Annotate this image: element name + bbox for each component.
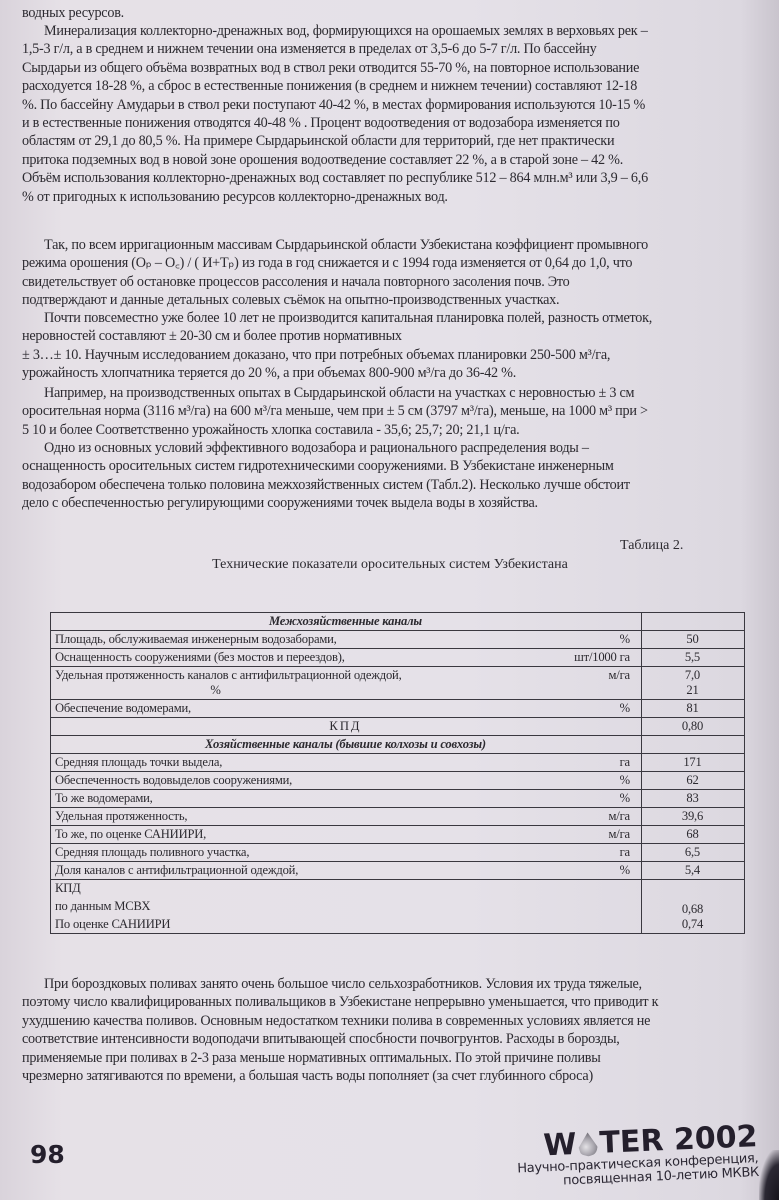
name-cell: Средняя площадь точки выдела,га [51, 754, 642, 772]
text-line: расходуется 18-28 %, а сброс в естествен… [22, 77, 767, 95]
value-cell: 62 [641, 772, 744, 790]
text-line: чрезмерно затягиваются по времени, а бол… [22, 1067, 767, 1085]
text-line: водозабором обеспечена только половина м… [22, 476, 767, 494]
name-wrap: То же, по оценке САНИИРИ,м/га [55, 827, 636, 842]
name-wrap: Оснащенность сооружениями (без мостов и … [55, 650, 636, 665]
section-heading: Межхозяйственные каналы [51, 613, 642, 631]
paragraph: Минерализация коллекторно-дренажных вод,… [22, 22, 767, 206]
water-drop-icon [578, 1132, 598, 1157]
row-label: Доля каналов с антифильтрационной одеждо… [55, 863, 298, 878]
page-number: 98 [30, 1140, 65, 1169]
name-cell: Удельная протяженность каналов с антифил… [51, 667, 642, 700]
text-line: Сырдарьи из общего объёма возвратных вод… [22, 59, 767, 77]
row-sublabel: по данным МСВХ [55, 899, 636, 914]
text-line: Одно из основных условий эффективного во… [22, 439, 767, 457]
value-cell: 5,4 [641, 862, 744, 880]
text-line: Минерализация коллекторно-дренажных вод,… [22, 22, 767, 40]
section-heading: Хозяйственные каналы (бывшие колхозы и с… [51, 736, 642, 754]
value-cell: 81 [641, 700, 744, 718]
text-line: областям от 29,1 до 80,5 %. На примере С… [22, 132, 767, 150]
unit-label: шт/1000 га [574, 650, 636, 665]
name-wrap: Площадь, обслуживаемая инженерным водоза… [55, 632, 636, 647]
name-cell: Площадь, обслуживаемая инженерным водоза… [51, 631, 642, 649]
table-row: Средняя площадь точки выдела,га171 [51, 754, 745, 772]
table-row: То же водомерами,%83 [51, 790, 745, 808]
text-line: и в естественные понижения отводятся 40-… [22, 114, 767, 132]
paragraph: Почти повсеместно уже более 10 лет не пр… [22, 309, 767, 383]
text-line: Объём использования коллекторно-дренажны… [22, 169, 767, 187]
value: 0,68 [646, 902, 739, 917]
paragraph: Так, по всем ирригационным массивам Сырд… [22, 236, 767, 310]
table-title: Технические показатели оросительных сист… [0, 557, 760, 573]
value-cell: 7,021 [641, 667, 744, 700]
row-label: Удельная протяженность, [55, 809, 187, 824]
name-wrap: Средняя площадь точки выдела,га [55, 755, 636, 770]
text-line: неровностей составляют ± 20-30 см и боле… [22, 327, 767, 345]
text-line: 5 10 и более Соответственно урожайность … [22, 421, 767, 439]
table-row: Площадь, обслуживаемая инженерным водоза… [51, 631, 745, 649]
name-cell: КПДпо данным МСВХПо оценке САНИИРИ [51, 880, 642, 934]
paragraph: водных ресурсов. [22, 4, 767, 22]
text-line: ± 3…± 10. Научным исследованием доказано… [22, 346, 767, 364]
row-label: То же водомерами, [55, 791, 153, 806]
name-cell: Обеспеченность водовыделов сооружениями,… [51, 772, 642, 790]
table-row: Обеспечение водомерами,%81 [51, 700, 745, 718]
name-wrap: Обеспеченность водовыделов сооружениями,… [55, 773, 636, 788]
value: 7,0 [646, 668, 739, 683]
unit-label: % [620, 791, 636, 806]
text-line: оросительная норма (3116 м³/га) на 600 м… [22, 402, 767, 420]
value-cell: 5,5 [641, 649, 744, 667]
name-wrap: Удельная протяженность каналов с антифил… [55, 668, 636, 683]
name-wrap: То же водомерами,% [55, 791, 636, 806]
name-cell: Доля каналов с антифильтрационной одеждо… [51, 862, 642, 880]
row-label: КПД [51, 718, 642, 736]
value-cell: 0,80 [641, 718, 744, 736]
text-line: ухудшению качества поливов. Основным нед… [22, 1012, 767, 1030]
table-row: Удельная протяженность каналов с антифил… [51, 667, 745, 700]
row-label: Средняя площадь поливного участка, [55, 845, 249, 860]
name-cell: Оснащенность сооружениями (без мостов и … [51, 649, 642, 667]
unit-label: м/га [609, 809, 636, 824]
table-row: Удельная протяженность,м/га39,6 [51, 808, 745, 826]
book-page: водных ресурсов. Минерализация коллектор… [0, 0, 779, 1200]
text-line: подтверждают и данные детальных солевых … [22, 291, 767, 309]
value-cell [641, 613, 744, 631]
unit-label: % [620, 863, 636, 878]
page-edge-shadow [759, 1150, 779, 1200]
value-cell: 50 [641, 631, 744, 649]
table-row: Оснащенность сооружениями (без мостов и … [51, 649, 745, 667]
unit-label: га [620, 755, 636, 770]
value-cell: 39,6 [641, 808, 744, 826]
logo-prefix: W [543, 1130, 577, 1161]
text-line: 1,5-3 г/л, а в среднем и нижнем течении … [22, 40, 767, 58]
text-line: притока подземных вод в новой зоне ороше… [22, 151, 767, 169]
row-label: Удельная протяженность каналов с антифил… [55, 668, 402, 683]
table-row: КПДпо данным МСВХПо оценке САНИИРИ0,680,… [51, 880, 745, 934]
value: 0,74 [646, 917, 739, 932]
paragraph: Например, на производственных опытах в С… [22, 384, 767, 439]
unit-label: м/га [609, 827, 636, 842]
name-cell: То же, по оценке САНИИРИ,м/га [51, 826, 642, 844]
value-cell [641, 736, 744, 754]
value-cell: 0,680,74 [641, 880, 744, 934]
table-row: Доля каналов с антифильтрационной одеждо… [51, 862, 745, 880]
name-cell: Удельная протяженность,м/га [51, 808, 642, 826]
name-cell: То же водомерами,% [51, 790, 642, 808]
name-wrap: Удельная протяженность,м/га [55, 809, 636, 824]
name-wrap: Доля каналов с антифильтрационной одеждо… [55, 863, 636, 878]
text-line: дело с обеспеченностью регулирующими соо… [22, 494, 767, 512]
paragraph: При бороздковых поливах занято очень бол… [22, 975, 767, 1085]
table-section-row: Хозяйственные каналы (бывшие колхозы и с… [51, 736, 745, 754]
text-line: оснащенность оросительных систем гидроте… [22, 457, 767, 475]
row-label: Обеспеченность водовыделов сооружениями, [55, 773, 292, 788]
row-sublabel: По оценке САНИИРИ [55, 917, 636, 932]
name-wrap: Обеспечение водомерами,% [55, 701, 636, 716]
unit-label: % [620, 773, 636, 788]
unit-label-secondary: % [55, 683, 636, 698]
text-line: %. По бассейну Амударьи в ствол реки пос… [22, 96, 767, 114]
technical-indicators-table: Межхозяйственные каналыПлощадь, обслужив… [50, 612, 745, 934]
text-line: режима орошения (Oₚ – O꜀) / ( И+Tₚ) из г… [22, 254, 767, 272]
name-cell: Обеспечение водомерами,% [51, 700, 642, 718]
text-line: применяемые при поливах в 2-3 раза меньш… [22, 1049, 767, 1067]
unit-label: м/га [609, 668, 636, 683]
unit-label: % [620, 701, 636, 716]
text-line: соответствие интенсивности водоподачи вп… [22, 1030, 767, 1048]
row-label: КПД [55, 881, 636, 896]
value-secondary: 21 [646, 683, 739, 698]
table-row: КПД0,80 [51, 718, 745, 736]
text-line: Так, по всем ирригационным массивам Сырд… [22, 236, 767, 254]
table-row: Средняя площадь поливного участка,га6,5 [51, 844, 745, 862]
row-label: Оснащенность сооружениями (без мостов и … [55, 650, 345, 665]
table-caption: Таблица 2. [620, 538, 683, 554]
text-line: урожайность хлопчатника теряется до 20 %… [22, 364, 767, 382]
text-line: свидетельствует об остановке процессов р… [22, 273, 767, 291]
row-label: Площадь, обслуживаемая инженерным водоза… [55, 632, 337, 647]
name-wrap: Средняя площадь поливного участка,га [55, 845, 636, 860]
table-row: Обеспеченность водовыделов сооружениями,… [51, 772, 745, 790]
table-row: То же, по оценке САНИИРИ,м/га68 [51, 826, 745, 844]
text-line: Почти повсеместно уже более 10 лет не пр… [22, 309, 767, 327]
text-line: % от пригодных к использованию ресурсов … [22, 188, 767, 206]
conference-logo: W TER 2002 Научно-практическая конференц… [515, 1122, 759, 1190]
value-cell: 68 [641, 826, 744, 844]
value-cell: 83 [641, 790, 744, 808]
text-line: поэтому число квалифицированных поливаль… [22, 993, 767, 1011]
unit-label: % [620, 632, 636, 647]
paragraph: Одно из основных условий эффективного во… [22, 439, 767, 513]
text-line: При бороздковых поливах занято очень бол… [22, 975, 767, 993]
row-label: Средняя площадь точки выдела, [55, 755, 222, 770]
table-section-row: Межхозяйственные каналы [51, 613, 745, 631]
value-cell: 171 [641, 754, 744, 772]
unit-label: га [620, 845, 636, 860]
name-cell: Средняя площадь поливного участка,га [51, 844, 642, 862]
value-cell: 6,5 [641, 844, 744, 862]
row-label: Обеспечение водомерами, [55, 701, 191, 716]
row-label: То же, по оценке САНИИРИ, [55, 827, 206, 842]
text-line: водных ресурсов. [22, 4, 767, 22]
text-line: Например, на производственных опытах в С… [22, 384, 767, 402]
